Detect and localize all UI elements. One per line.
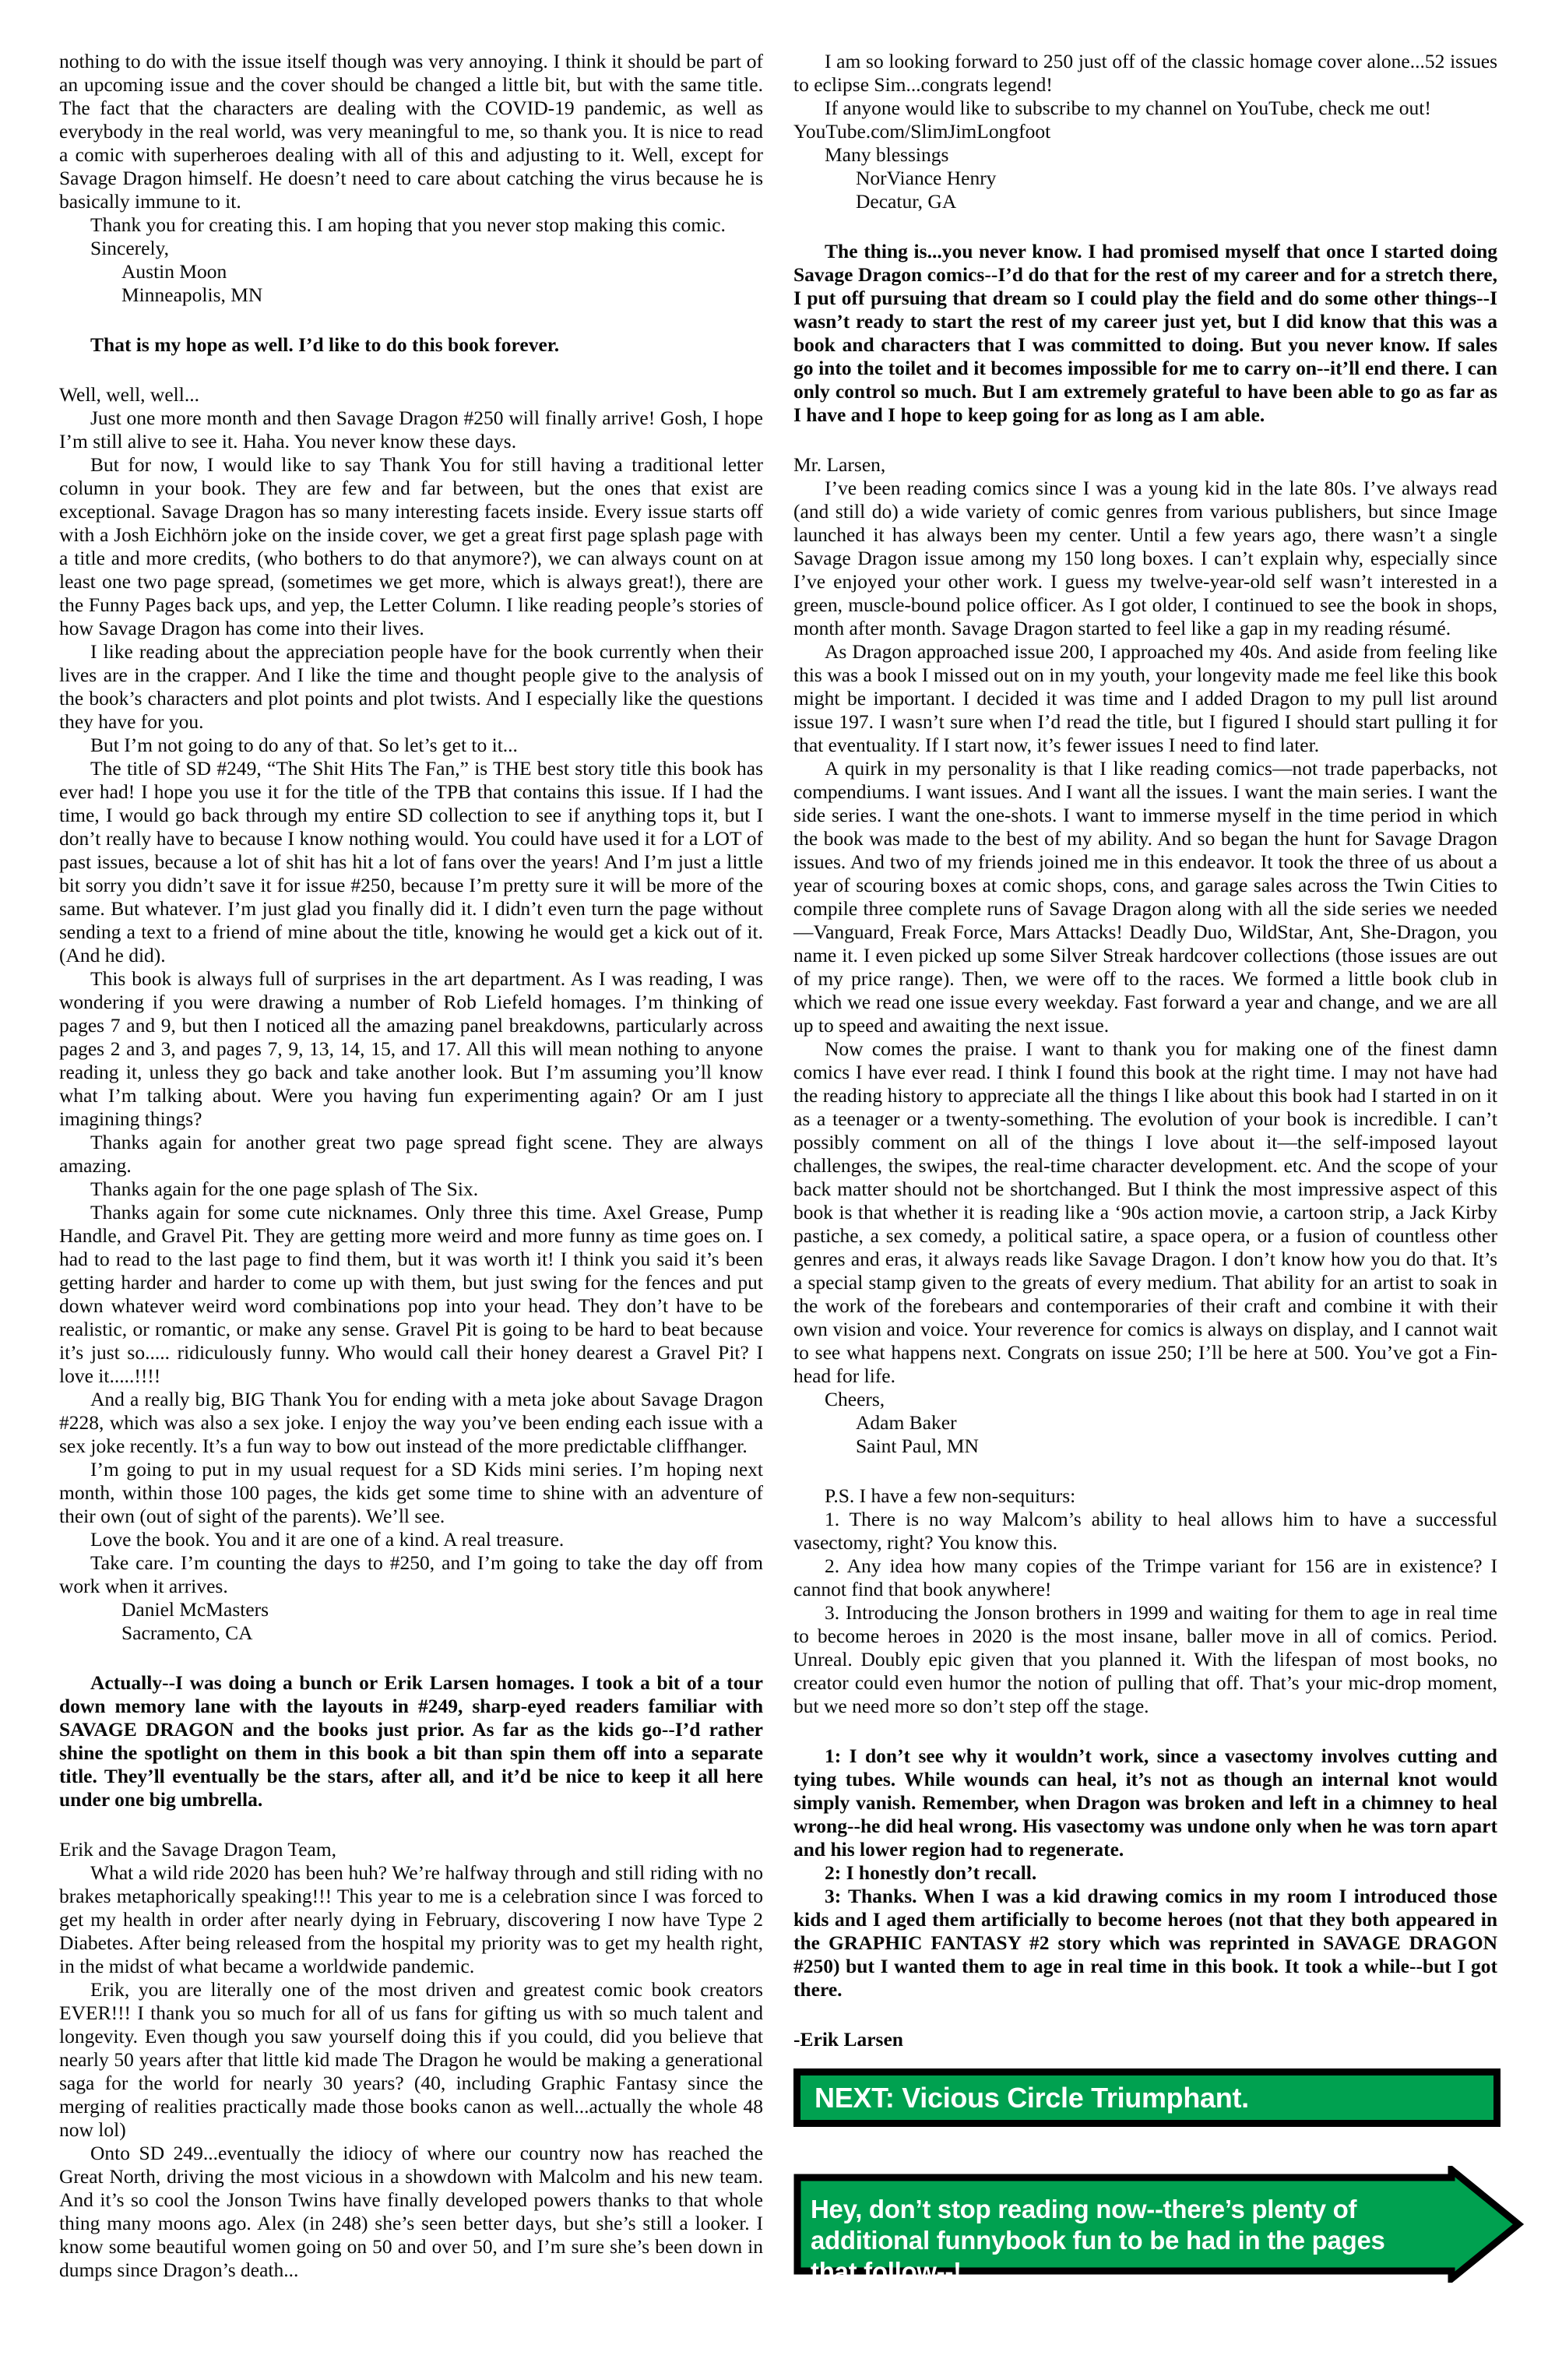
paragraph: 2. Any idea how many copies of the Trimp… [793, 1554, 1497, 1601]
paragraph: Take care. I’m counting the days to #250… [59, 1551, 763, 1598]
paragraph-gap [59, 1811, 763, 1838]
paragraph: Onto SD 249...eventually the idiocy of w… [59, 2142, 763, 2282]
paragraph: Thanks again for the one page splash of … [59, 1178, 763, 1201]
paragraph: But I’m not going to do any of that. So … [59, 734, 763, 757]
left-column: nothing to do with the issue itself thou… [59, 50, 763, 2282]
paragraph: Thanks again for another great two page … [59, 1131, 763, 1178]
paragraph: Sacramento, CA [59, 1621, 763, 1645]
paragraph: 1: I don’t see why it wouldn’t work, sin… [793, 1745, 1497, 1861]
paragraph: Minneapolis, MN [59, 283, 763, 307]
paragraph: Erik and the Savage Dragon Team, [59, 1838, 763, 1861]
paragraph: This book is always full of surprises in… [59, 967, 763, 1131]
paragraph: I am so looking forward to 250 just off … [793, 50, 1497, 97]
right-column-paragraphs: I am so looking forward to 250 just off … [793, 50, 1497, 2051]
paragraph: But for now, I would like to say Thank Y… [59, 453, 763, 640]
paragraph: If anyone would like to subscribe to my … [793, 97, 1497, 120]
paragraph: Daniel McMasters [59, 1598, 763, 1621]
paragraph: Austin Moon [59, 260, 763, 283]
paragraph: 2: I honestly don’t recall. [793, 1861, 1497, 1885]
paragraph: And a really big, BIG Thank You for endi… [59, 1388, 763, 1458]
paragraph: As Dragon approached issue 200, I approa… [793, 640, 1497, 757]
paragraph: Cheers, [793, 1388, 1497, 1411]
next-issue-banner-label: NEXT: Vicious Circle Triumphant. [814, 2082, 1249, 2114]
paragraph: P.S. I have a few non-sequiturs: [793, 1484, 1497, 1508]
paragraph: 3. Introducing the Jonson brothers in 19… [793, 1601, 1497, 1718]
paragraph: That is my hope as well. I’d like to do … [59, 333, 763, 357]
paragraph: 1. There is no way Malcom’s ability to h… [793, 1508, 1497, 1554]
paragraph-gap [793, 1718, 1497, 1745]
paragraph: I like reading about the appreciation pe… [59, 640, 763, 734]
paragraph: Just one more month and then Savage Drag… [59, 407, 763, 453]
paragraph: Sincerely, [59, 237, 763, 260]
next-issue-banner: NEXT: Vicious Circle Triumphant. [793, 2068, 1501, 2127]
paragraph: Now comes the praise. I want to thank yo… [793, 1037, 1497, 1388]
keep-reading-arrow-banner: Hey, don’t stop reading now--there’s ple… [793, 2166, 1525, 2283]
paragraph: I’ve been reading comics since I was a y… [793, 477, 1497, 640]
paragraph: A quirk in my personality is that I like… [793, 757, 1497, 1037]
paragraph: nothing to do with the issue itself thou… [59, 50, 763, 213]
paragraph: YouTube.com/SlimJimLongfoot [793, 120, 1497, 143]
paragraph: -Erik Larsen [793, 2028, 1497, 2051]
paragraph-gap [59, 357, 763, 383]
paragraph: The title of SD #249, “The Shit Hits The… [59, 757, 763, 967]
right-column: I am so looking forward to 250 just off … [793, 50, 1497, 2283]
paragraph-gap [59, 1645, 763, 1671]
paragraph: Saint Paul, MN [793, 1435, 1497, 1458]
paragraph: 3: Thanks. When I was a kid drawing comi… [793, 1885, 1497, 2002]
paragraph-gap [793, 213, 1497, 240]
paragraph: Thanks again for some cute nicknames. On… [59, 1201, 763, 1388]
letters-page: nothing to do with the issue itself thou… [0, 0, 1548, 2380]
paragraph: Love the book. You and it are one of a k… [59, 1528, 763, 1551]
paragraph: Well, well, well... [59, 383, 763, 407]
paragraph: The thing is...you never know. I had pro… [793, 240, 1497, 427]
paragraph: I’m going to put in my usual request for… [59, 1458, 763, 1528]
paragraph: What a wild ride 2020 has been huh? We’r… [59, 1861, 763, 1978]
paragraph: Erik, you are literally one of the most … [59, 1978, 763, 2142]
paragraph: Many blessings [793, 143, 1497, 167]
paragraph: Decatur, GA [793, 190, 1497, 213]
keep-reading-banner-label: Hey, don’t stop reading now--there’s ple… [811, 2194, 1426, 2287]
paragraph-gap [793, 2002, 1497, 2028]
paragraph: Actually--I was doing a bunch or Erik La… [59, 1671, 763, 1811]
paragraph: NorViance Henry [793, 167, 1497, 190]
paragraph: Mr. Larsen, [793, 453, 1497, 477]
paragraph: Thank you for creating this. I am hoping… [59, 213, 763, 237]
paragraph-gap [793, 1458, 1497, 1484]
paragraph: Adam Baker [793, 1411, 1497, 1435]
paragraph-gap [59, 307, 763, 333]
paragraph-gap [793, 427, 1497, 453]
